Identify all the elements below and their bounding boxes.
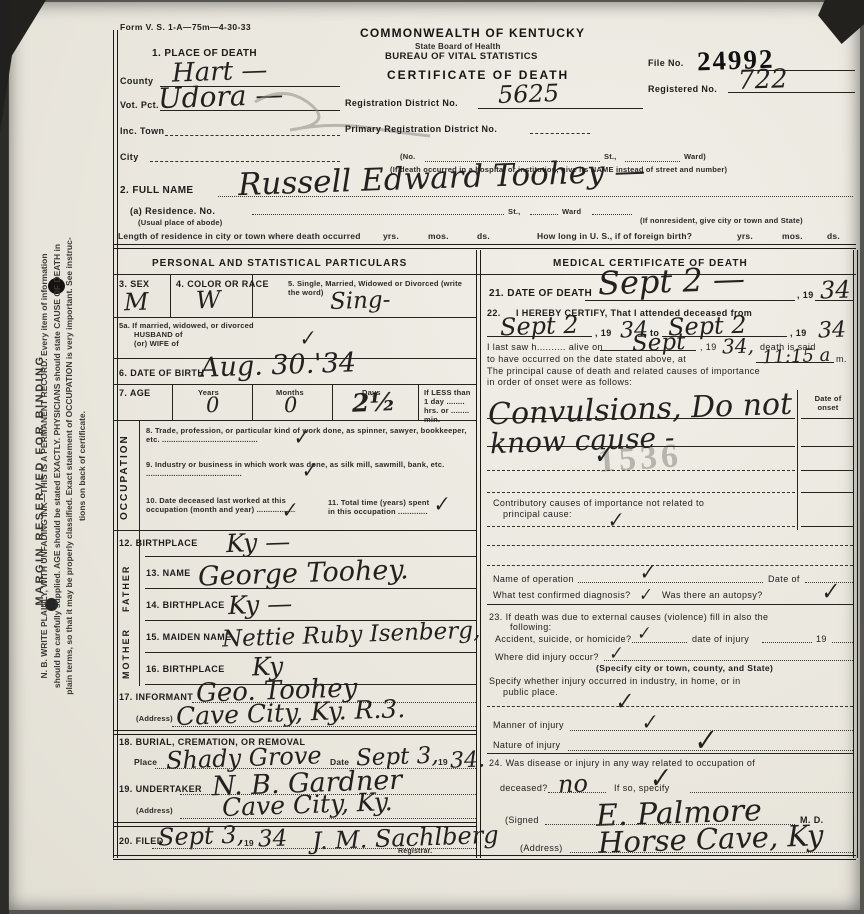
manner-label: Manner of injury bbox=[493, 720, 564, 730]
precinct-label: Vot. Pct. bbox=[120, 100, 159, 110]
mos2-label: mos. bbox=[782, 231, 803, 241]
occupation-vertical-label: OCCUPATION bbox=[119, 428, 130, 526]
city-label: City bbox=[120, 152, 139, 162]
inc-town-line bbox=[165, 135, 340, 136]
birthplace-label: 12. BIRTHPLACE bbox=[119, 538, 198, 548]
bureau-subtitle: BUREAU OF VITAL STATISTICS bbox=[385, 51, 538, 62]
onset-box-border bbox=[797, 390, 798, 530]
form-number: Form V. S. 1-A—75m—4-30-33 bbox=[120, 22, 251, 32]
last-saw-value: Sept bbox=[632, 329, 686, 357]
burial-year-value: 34. bbox=[450, 747, 486, 773]
where-line bbox=[604, 660, 853, 661]
cell-border bbox=[170, 275, 171, 317]
husband-label: HUSBAND of bbox=[134, 330, 183, 339]
file-no-label: File No. bbox=[648, 58, 684, 68]
external-label-1: 23. If death was due to external causes … bbox=[489, 612, 768, 622]
occurred-label: to have occurred on the date stated abov… bbox=[487, 354, 686, 364]
contributory-label-2: principal cause: bbox=[503, 509, 572, 519]
principal-cause-label-2: in order of onset were as follows: bbox=[487, 377, 632, 387]
dob-value: Aug. 30.'34 bbox=[200, 347, 357, 383]
trade-check: ✓ bbox=[290, 424, 311, 451]
margin-nb-block: N. B. WRITE PLAINLY, WITH UNFADING INK—T… bbox=[38, 51, 90, 881]
date-of-death-label: 21. DATE OF DEATH bbox=[489, 288, 592, 299]
form-bottom-border bbox=[113, 855, 856, 860]
nonresident-note: (If nonresident, give city or town and S… bbox=[640, 216, 803, 225]
residence-ward-label: Ward bbox=[562, 207, 581, 216]
test-rule bbox=[487, 604, 853, 605]
less-than-label: If LESS than 1 day ........ hrs. or ....… bbox=[424, 388, 476, 424]
row-border bbox=[113, 420, 476, 421]
onset-line bbox=[801, 492, 853, 493]
death-year-line bbox=[815, 300, 853, 301]
cause-line-rule bbox=[487, 492, 795, 493]
accident-line bbox=[632, 642, 687, 643]
operation-date-label: Date of bbox=[768, 574, 800, 584]
nb-line-4: tions on back of certificate. bbox=[76, 51, 89, 881]
row-border bbox=[113, 317, 476, 318]
industry-home-label-1: Specify whether injury occurred in indus… bbox=[489, 676, 741, 686]
onset-line bbox=[801, 526, 853, 527]
attended-from-line bbox=[487, 336, 592, 337]
mother-name-label: 15. MAIDEN NAME bbox=[146, 632, 232, 642]
row-border bbox=[113, 384, 476, 385]
nb-line-2: should be carefully supplied. AGE should… bbox=[51, 51, 64, 881]
autopsy-label: Was there an autopsy? bbox=[662, 590, 763, 600]
father-birthplace-label: 14. BIRTHPLACE bbox=[146, 600, 225, 610]
informant-address-line bbox=[172, 726, 476, 727]
injury-19: 19 bbox=[816, 634, 827, 644]
married-to-label: 5a. If married, widowed, or divorced bbox=[119, 321, 254, 330]
years-value: 0 bbox=[206, 393, 220, 417]
abode-note: (Usual place of abode) bbox=[138, 218, 222, 227]
full-name-line bbox=[218, 196, 853, 197]
operation-label: Name of operation bbox=[493, 574, 574, 584]
principal-cause-label-1: The principal cause of death and related… bbox=[487, 366, 760, 376]
city-ward-label: Ward) bbox=[684, 152, 706, 161]
birthplace-value: Ky — bbox=[226, 527, 291, 558]
date-of-death-line bbox=[585, 300, 795, 301]
married-check: ✓ bbox=[296, 325, 317, 352]
time-of-death-value: 11:15 a bbox=[762, 345, 831, 368]
onset-line bbox=[801, 418, 853, 419]
cell-border bbox=[172, 385, 173, 420]
nb-line-3: plain terms, so that it may be properly … bbox=[63, 51, 76, 881]
ds1-label: ds. bbox=[477, 231, 490, 241]
registered-no-label: Registered No. bbox=[648, 84, 717, 94]
industry-check: ✓ bbox=[298, 457, 319, 484]
m-label: m. bbox=[836, 354, 847, 364]
last-19: , 19 bbox=[700, 342, 717, 352]
mos1-label: mos. bbox=[428, 231, 449, 241]
last-saw-line bbox=[600, 350, 696, 351]
primary-registration-line bbox=[530, 133, 590, 134]
city-no-label: (No. bbox=[400, 152, 415, 161]
injury-year-line bbox=[832, 642, 853, 643]
ds2-label: ds. bbox=[827, 231, 840, 241]
dob-label: 6. DATE OF BIRTH bbox=[119, 368, 204, 378]
accident-label: Accident, suicide, or homicide? bbox=[495, 634, 631, 644]
burial-date-label: Date bbox=[330, 757, 349, 767]
cell-border bbox=[332, 385, 333, 420]
to-year-value: 34 bbox=[818, 318, 847, 344]
primary-registration-label: Primary Registration District No. bbox=[345, 124, 497, 134]
undertaker-label: 19. UNDERTAKER bbox=[119, 784, 202, 794]
if-so-line bbox=[690, 792, 853, 793]
specify-city-note: (Specify city or town, county, and State… bbox=[596, 663, 773, 673]
color-label: 4. COLOR OR RACE bbox=[176, 279, 269, 289]
from-19: , 19 bbox=[595, 328, 612, 338]
row-border bbox=[113, 530, 476, 531]
contributory-rule bbox=[487, 526, 795, 527]
operation-line bbox=[578, 582, 763, 583]
filed-date-value: Sept 3, bbox=[158, 821, 245, 852]
yrs1-label: yrs. bbox=[383, 231, 399, 241]
occupation-answer: no bbox=[558, 769, 589, 798]
blank-rule bbox=[487, 565, 853, 566]
blank-rule bbox=[487, 545, 853, 546]
informant-address-label: (Address) bbox=[136, 714, 173, 723]
onset-label: Date of onset bbox=[804, 394, 852, 412]
residence-ward-line bbox=[592, 214, 632, 215]
cause-line-rule bbox=[487, 418, 795, 419]
section-rule bbox=[487, 753, 853, 754]
full-name-label: 2. FULL NAME bbox=[120, 185, 194, 196]
injury-date-line bbox=[762, 642, 812, 643]
age-label: 7. AGE bbox=[119, 388, 151, 398]
registration-district-value: 5625 bbox=[498, 79, 560, 109]
total-time-label: 11. Total time (years) spent in this occ… bbox=[328, 498, 438, 516]
injury-date-label: date of injury bbox=[692, 634, 749, 644]
undertaker-address-label: (Address) bbox=[136, 806, 173, 815]
contributory-check: ✓ bbox=[604, 507, 625, 534]
occupation-answer-line bbox=[548, 792, 606, 793]
residence-st-label: St., bbox=[508, 207, 520, 216]
section-rule bbox=[113, 730, 476, 735]
date-of-death-value: Sept 2 — bbox=[597, 259, 745, 302]
father-vertical-label: FATHER bbox=[121, 556, 131, 620]
external-label-2: following: bbox=[510, 622, 552, 632]
burial-place-label: Place bbox=[134, 757, 157, 767]
filed-printed-19: 19 bbox=[244, 838, 254, 848]
registrar-label: Registrar. bbox=[398, 848, 432, 855]
marital-value: Sing- bbox=[330, 287, 391, 315]
mother-vertical-label: MOTHER bbox=[121, 622, 131, 686]
onset-line bbox=[801, 446, 853, 447]
industry-home-label-2: public place. bbox=[503, 687, 558, 697]
where-injury-label: Where did injury occur? bbox=[495, 652, 599, 662]
printed-19a: , 19 bbox=[797, 290, 814, 300]
undertaker-address-value: Cave City, Ky. bbox=[222, 787, 394, 822]
registered-no-line bbox=[728, 92, 855, 93]
to-19: , 19 bbox=[790, 328, 807, 338]
father-name-label: 13. NAME bbox=[146, 568, 191, 578]
commonwealth-title: COMMONWEALTH OF KENTUCKY bbox=[360, 26, 585, 40]
county-label: County bbox=[120, 76, 153, 86]
time-line bbox=[756, 362, 834, 363]
onset-line bbox=[801, 470, 853, 471]
left-edge-shadow bbox=[0, 0, 9, 914]
board-subtitle: State Board of Health bbox=[415, 42, 501, 51]
form-right-border bbox=[853, 250, 858, 858]
signed-label: (Signed bbox=[505, 815, 539, 825]
occupation-question-1: 24. Was disease or injury in any way rel… bbox=[489, 758, 755, 768]
nature-line bbox=[568, 750, 853, 751]
last-saw-label: I last saw h.......... alive on bbox=[487, 342, 603, 352]
burial-printed-19: 19 bbox=[438, 757, 448, 767]
total-time-check: ✓ bbox=[430, 491, 451, 518]
yrs2-label: yrs. bbox=[737, 231, 753, 241]
physician-address-label: (Address) bbox=[520, 843, 563, 853]
manner-check: ✓ bbox=[638, 709, 659, 736]
color-value: W bbox=[196, 286, 222, 315]
sex-value: M bbox=[124, 288, 150, 317]
section-divider-top bbox=[113, 244, 856, 249]
public-place-rule bbox=[487, 706, 853, 707]
residence-line bbox=[252, 214, 504, 215]
physician-address-line bbox=[570, 852, 853, 853]
city-line bbox=[150, 161, 340, 162]
informant-label: 17. INFORMANT bbox=[119, 692, 193, 702]
how-long-label: How long in U. S., if of foreign birth? bbox=[537, 231, 692, 241]
personal-title: PERSONAL AND STATISTICAL PARTICULARS bbox=[152, 258, 407, 269]
row-line bbox=[145, 652, 476, 653]
cell-border bbox=[139, 420, 140, 530]
occupation-question-2: deceased? bbox=[500, 783, 548, 793]
test-label: What test confirmed diagnosis? bbox=[493, 590, 631, 600]
filed-label: 20. FILED bbox=[119, 836, 164, 846]
undertaker-address-line bbox=[180, 818, 476, 819]
inc-town-label: Inc. Town bbox=[120, 126, 164, 136]
residence-label: (a) Residence. No. bbox=[130, 206, 215, 216]
last-worked-check: ✓ bbox=[278, 497, 299, 524]
cell-border bbox=[252, 385, 253, 420]
row-line bbox=[145, 588, 476, 589]
cause-check: ✓ bbox=[590, 438, 617, 471]
if-so-check: ✓ bbox=[646, 762, 673, 795]
scanned-death-certificate: MARGIN RESERVED FOR BINDING N. B. WRITE … bbox=[0, 0, 864, 914]
days-value: 2½ bbox=[352, 387, 396, 417]
residence-st-line bbox=[530, 214, 558, 215]
nb-line-1: N. B. WRITE PLAINLY, WITH UNFADING INK—T… bbox=[38, 51, 51, 881]
length-residence-label: Length of residence in city or town wher… bbox=[118, 231, 361, 241]
registration-district-line bbox=[478, 108, 643, 109]
father-birthplace-value: Ky — bbox=[228, 589, 293, 620]
nature-label: Nature of injury bbox=[493, 740, 560, 750]
cell-border bbox=[418, 385, 419, 420]
mother-birthplace-label: 16. BIRTHPLACE bbox=[146, 664, 225, 674]
last-year-value: 34, bbox=[722, 333, 755, 358]
cell-border bbox=[139, 530, 140, 686]
months-value: 0 bbox=[284, 393, 298, 417]
contributory-label-1: Contributory causes of importance not re… bbox=[493, 498, 704, 508]
wife-label: (or) WIFE of bbox=[134, 339, 179, 348]
